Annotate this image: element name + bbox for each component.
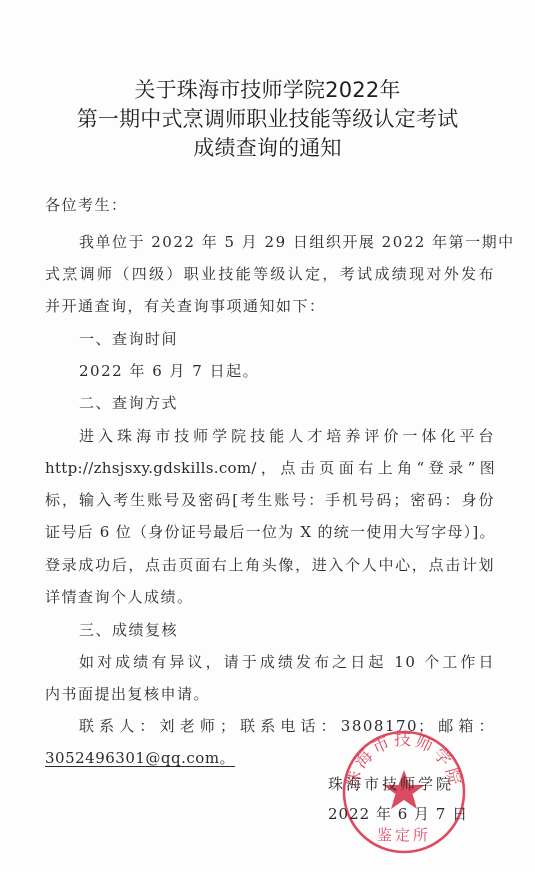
intro-line-2: 式烹调师（四级）职业技能等级认定，考试成绩现对外发布 bbox=[45, 264, 495, 284]
document-page: 关于珠海市技师学院2022年 第一期中式烹调师职业技能等级认定考试 成绩查询的通… bbox=[0, 0, 535, 872]
signature-organization: 珠海市技师学院 bbox=[328, 773, 454, 794]
section-2-line-5: 登录成功后，点击页面右上角头像，进入个人中心，点击计划 bbox=[45, 555, 495, 575]
document-title: 关于珠海市技师学院2022年 第一期中式烹调师职业技能等级认定考试 成绩查询的通… bbox=[0, 76, 535, 163]
section-2-line-3: 标，输入考生账号及密码[考生账号：手机号码；密码：身份 bbox=[45, 490, 495, 510]
section-3-line-2: 内书面提出复核申请。 bbox=[45, 684, 210, 704]
section-2-heading: 二、查询方式 bbox=[79, 393, 178, 413]
section-3-heading: 三、成绩复核 bbox=[79, 620, 178, 640]
section-3-line-1: 如对成绩有异议，请于成绩发布之日起 10 个工作日 bbox=[79, 652, 495, 672]
intro-line-3: 并开通查询，有关查询事项通知如下： bbox=[45, 296, 326, 316]
intro-line-1: 我单位于 2022 年 5 月 29 日组织开展 2022 年第一期中 bbox=[79, 232, 495, 252]
svg-text:鉴定所: 鉴定所 bbox=[377, 826, 431, 844]
contact-email[interactable]: 3052496301@qq.com。 bbox=[45, 748, 235, 768]
section-1-content-text: 2022 年 6 月 7 日起。 bbox=[79, 362, 259, 380]
section-2-line-6: 详情查询个人成绩。 bbox=[45, 587, 194, 607]
title-line-2: 第一期中式烹调师职业技能等级认定考试 bbox=[0, 105, 535, 134]
signature-date: 2022 年 6 月 7 日 bbox=[328, 803, 468, 824]
section-2-line-1: 进入珠海市技师学院技能人才培养评价一体化平台 bbox=[79, 426, 495, 446]
title-line-1: 关于珠海市技师学院2022年 bbox=[0, 76, 535, 105]
section-2-line-2: http://zhsjsxy.gdskills.com/，点击页面右上角“登录”… bbox=[45, 458, 495, 478]
salutation: 各位考生： bbox=[45, 195, 128, 215]
email-link[interactable]: 3052496301@qq.com。 bbox=[45, 749, 235, 767]
section-2-line-4: 证号后 6 位（身份证号最后一位为 X 的统一使用大写字母）]。 bbox=[45, 522, 495, 542]
section-1-content: 2022 年 6 月 7 日起。 bbox=[79, 345, 259, 365]
title-line-3: 成绩查询的通知 bbox=[0, 134, 535, 163]
